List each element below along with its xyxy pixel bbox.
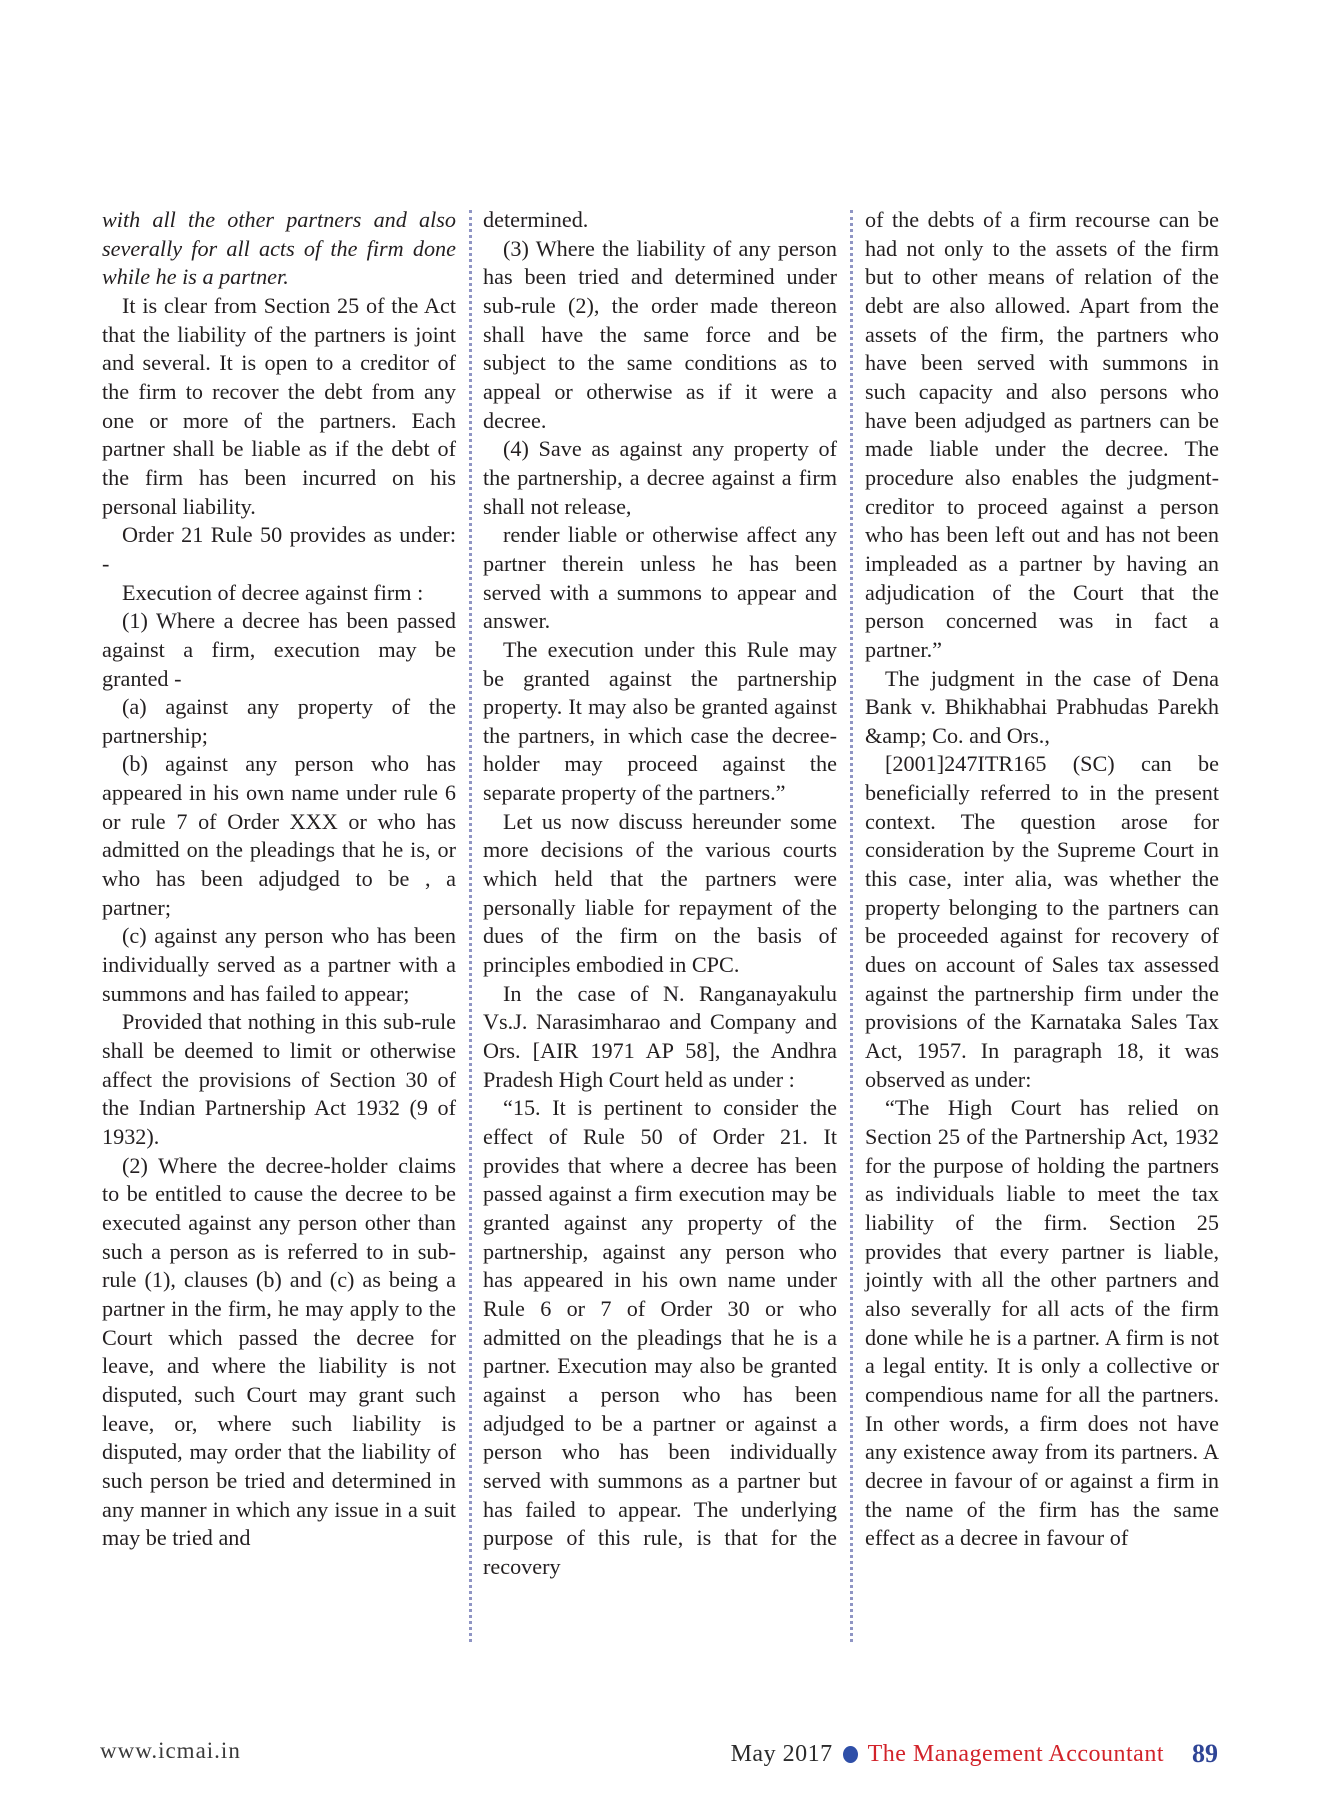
paragraph: (b) against any person who has appeared … (102, 750, 456, 922)
magazine-title: The Management Accountant (868, 1741, 1164, 1768)
article-column-1: with all the other partners and also sev… (102, 206, 456, 1553)
paragraph: render liable or otherwise affect any pa… (483, 521, 837, 636)
blue-dot-icon (843, 1746, 858, 1763)
paragraph: “The High Court has relied on Section 25… (865, 1094, 1219, 1553)
paragraph: (2) Where the decree-holder claims to be… (102, 1152, 456, 1553)
issue-date: May 2017 (731, 1741, 833, 1768)
paragraph: (1) Where a decree has been passed again… (102, 607, 456, 693)
paragraph: Provided that nothing in this sub-rule s… (102, 1008, 456, 1151)
paragraph: In the case of N. Ranganayakulu Vs.J. Na… (483, 980, 837, 1095)
paragraph: “15. It is pertinent to consider the eff… (483, 1094, 837, 1581)
article-column-3: of the debts of a firm recourse can be h… (865, 206, 1219, 1553)
paragraph: of the debts of a firm recourse can be h… (865, 206, 1219, 665)
paragraph: It is clear from Section 25 of the Act t… (102, 292, 456, 521)
paragraph: [2001]247ITR165 (SC) can be beneficially… (865, 750, 1219, 1094)
article-column-2: determined. (3) Where the liability of a… (483, 206, 837, 1582)
paragraph: Let us now discuss hereunder some more d… (483, 808, 837, 980)
column-divider (850, 210, 853, 1642)
column-divider (469, 210, 472, 1642)
website-link[interactable]: www.icmai.in (100, 1738, 241, 1764)
paragraph: Order 21 Rule 50 provides as under: - (102, 521, 456, 578)
paragraph: (3) Where the liability of any person ha… (483, 235, 837, 436)
paragraph: The judgment in the case of Dena Bank v.… (865, 665, 1219, 751)
page-number: 89 (1192, 1739, 1218, 1769)
paragraph: The execution under this Rule may be gra… (483, 636, 837, 808)
paragraph: with all the other partners and also sev… (102, 206, 456, 292)
paragraph: determined. (483, 206, 837, 235)
paragraph: (c) against any person who has been indi… (102, 922, 456, 1008)
paragraph: (4) Save as against any property of the … (483, 435, 837, 521)
page-footer: May 2017 The Management Accountant 89 (731, 1739, 1218, 1769)
paragraph: (a) against any property of the partners… (102, 693, 456, 750)
paragraph: Execution of decree against firm : (102, 579, 456, 608)
